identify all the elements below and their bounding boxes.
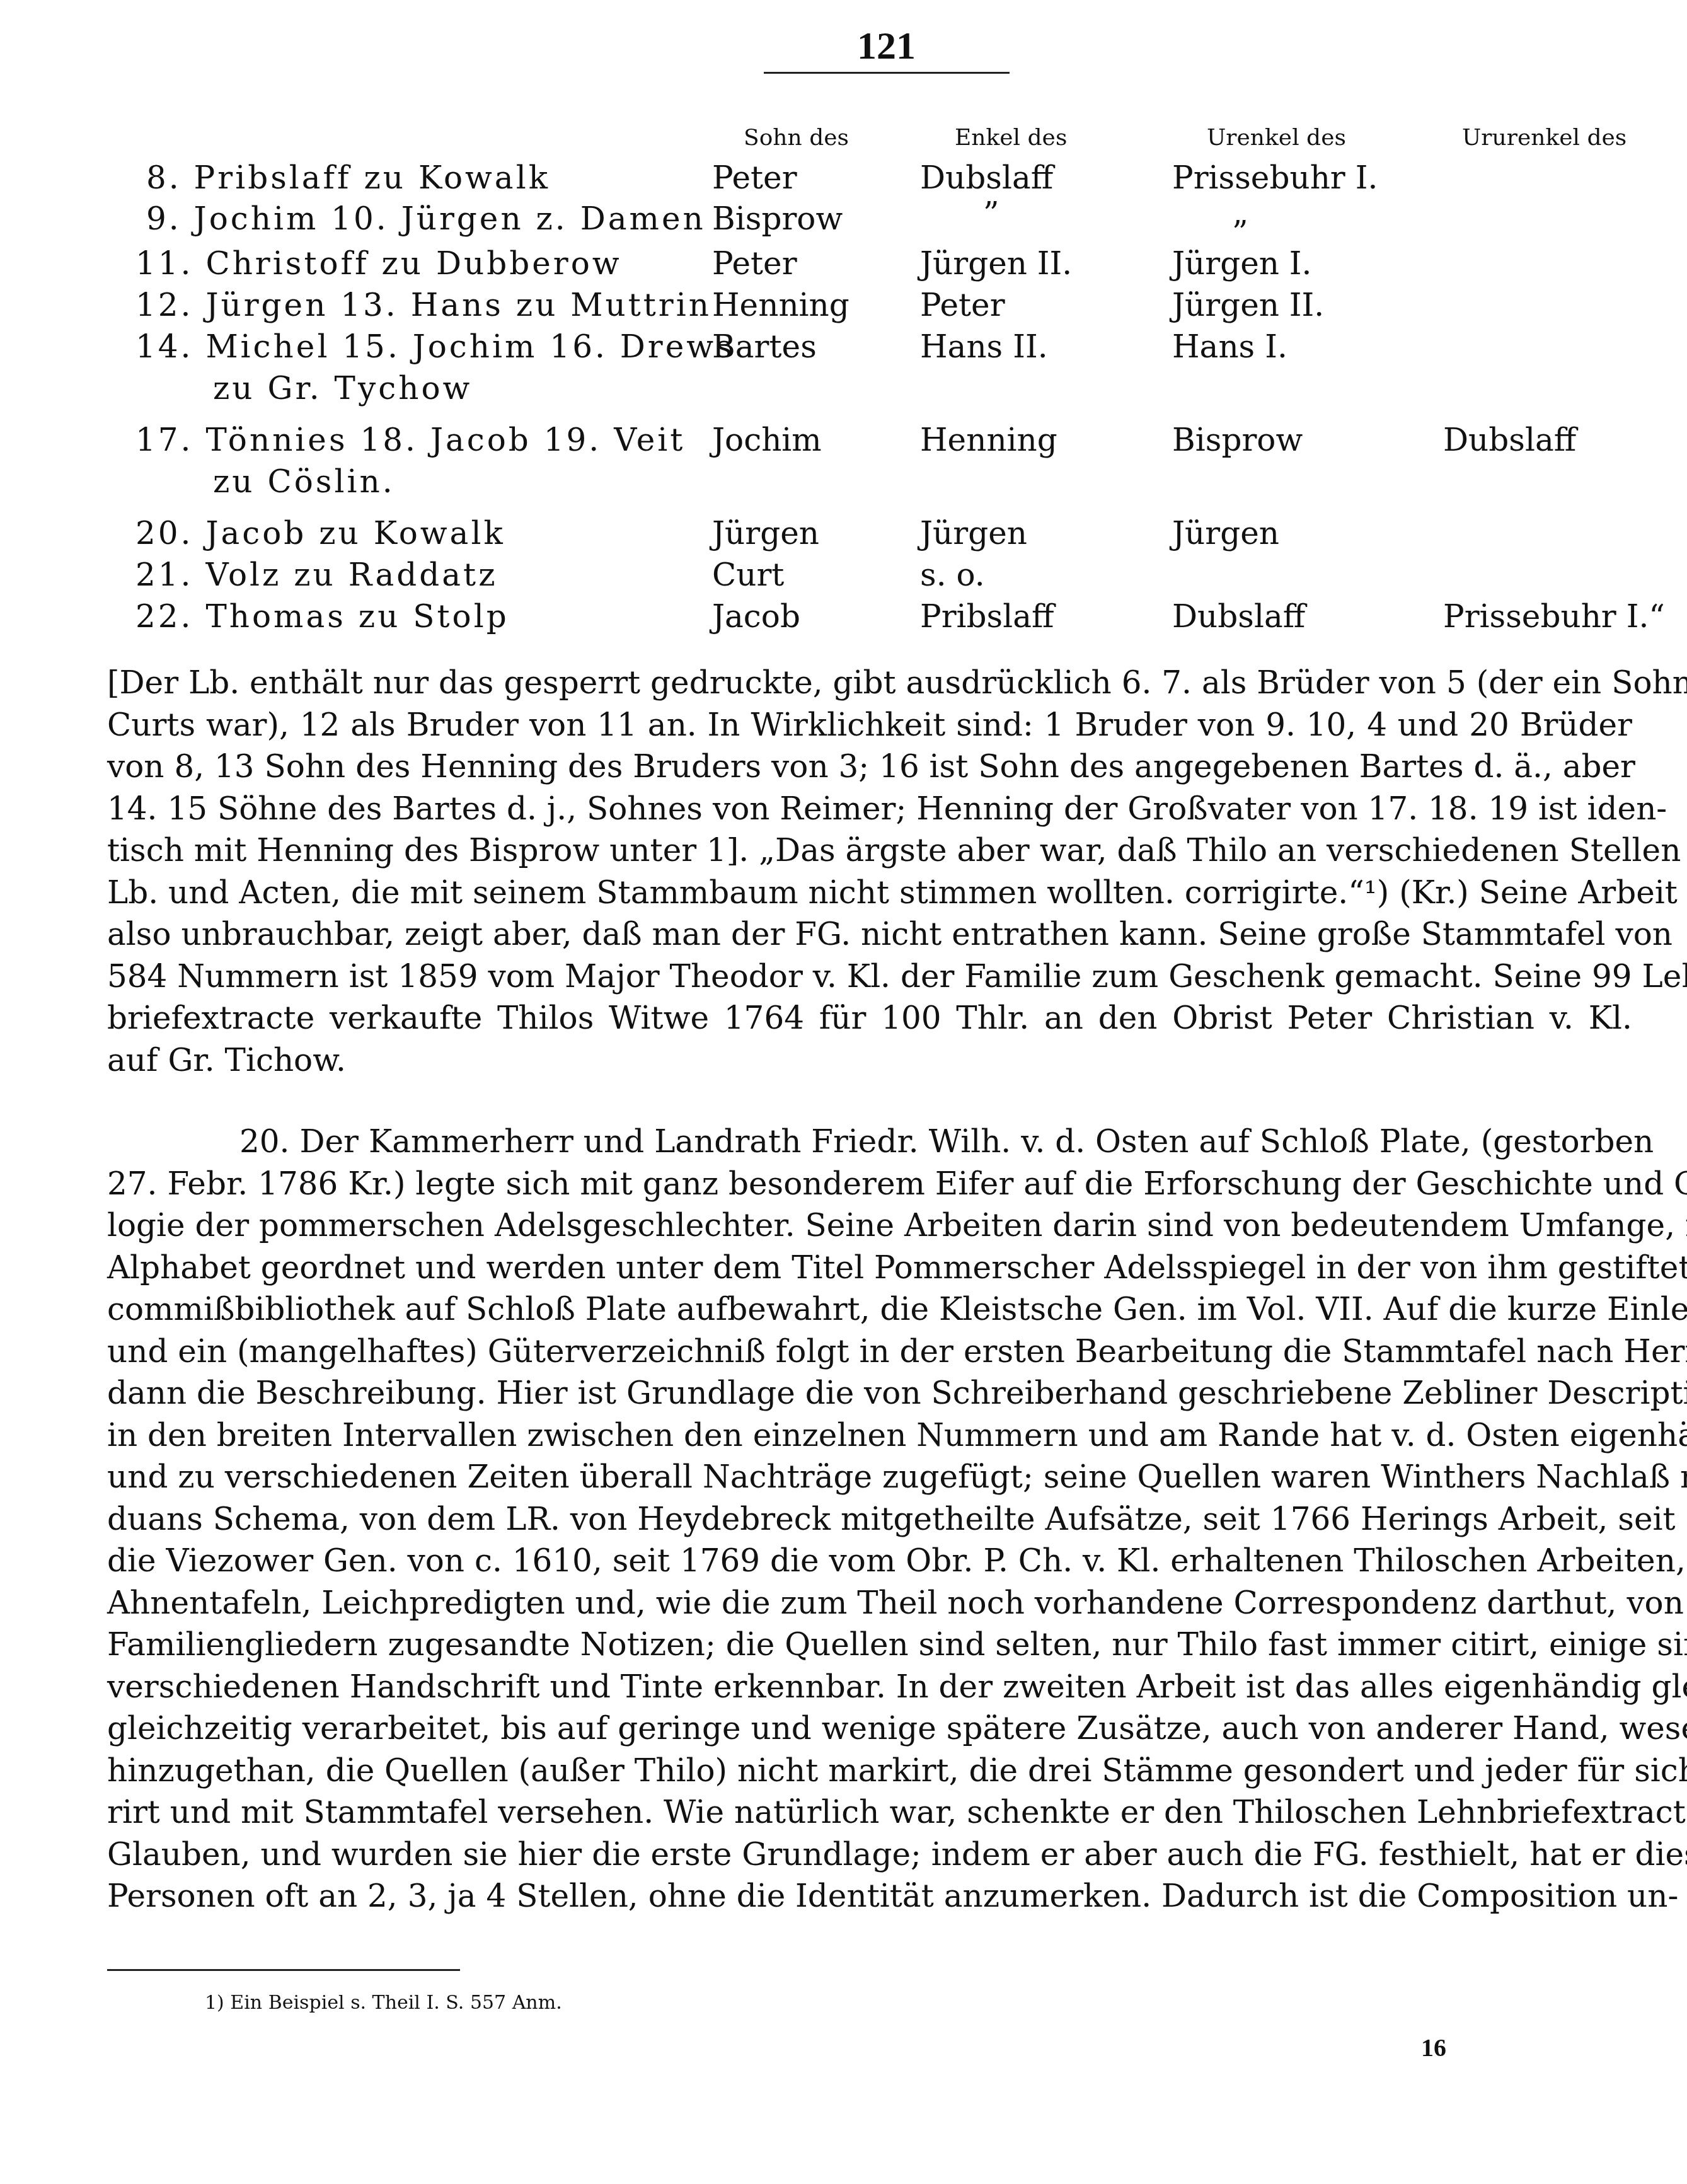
header-rule (764, 72, 1010, 74)
header-ururenkel: Ururenkel des (1462, 125, 1627, 151)
text-line: die Viezower Gen. von c. 1610, seit 1769… (107, 1540, 1632, 1582)
table-row-continuation: zu Cöslin. (0, 461, 1687, 502)
text-line: 14. 15 Söhne des Bartes d. j., Sohnes vo… (107, 788, 1632, 830)
text-line: commißbibliothek auf Schloß Plate aufbew… (107, 1288, 1632, 1331)
table-row: 9. Jochim 10. Jürgen z. Damen Bisprow ” … (0, 199, 1687, 239)
table-row: 12. Jürgen 13. Hans zu Muttrin Henning P… (0, 285, 1687, 325)
text-line: gleichzeitig verarbeitet, bis auf gering… (107, 1707, 1632, 1750)
table-row: 8. Pribslaff zu Kowalk Peter Dubslaff Pr… (0, 158, 1687, 198)
text-line: Ahnentafeln, Leichpredigten und, wie die… (107, 1582, 1632, 1624)
text-line: Personen oft an 2, 3, ja 4 Stellen, ohne… (107, 1875, 1632, 1917)
footnote-rule (107, 1969, 460, 1971)
section-20-paragraph: 20. Der Kammerherr und Landrath Friedr. … (107, 1121, 1632, 1917)
table-row: 20. Jacob zu Kowalk Jürgen Jürgen Jürgen (0, 513, 1687, 553)
bracket-paragraph: [Der Lb. enthält nur das gesperrt gedruc… (107, 662, 1632, 1081)
text-line: briefextracte verkaufte Thilos Witwe 176… (107, 997, 1632, 1039)
text-line: rirt und mit Stammtafel versehen. Wie na… (107, 1791, 1632, 1834)
header-sohn: Sohn des (744, 125, 849, 151)
text-line: tisch mit Henning des Bisprow unter 1]. … (107, 829, 1632, 872)
text-line: verschiedenen Handschrift und Tinte erke… (107, 1666, 1632, 1708)
text-line: also unbrauchbar, zeigt aber, daß man de… (107, 913, 1632, 956)
table-row: 14. Michel 15. Jochim 16. Drews Bartes H… (0, 326, 1687, 367)
table-header: Sohn des Enkel des Urenkel des Ururenkel… (0, 120, 1687, 158)
text-line: hinzugethan, die Quellen (außer Thilo) n… (107, 1750, 1632, 1792)
text-line: 20. Der Kammerherr und Landrath Friedr. … (107, 1121, 1632, 1163)
text-line: 27. Febr. 1786 Kr.) legte sich mit ganz … (107, 1163, 1632, 1205)
text-line: logie der pommerschen Adelsgeschlechter.… (107, 1205, 1632, 1247)
table-row: 17. Tönnies 18. Jacob 19. Veit Jochim He… (0, 420, 1687, 460)
text-line: Curts war), 12 als Bruder von 11 an. In … (107, 704, 1632, 746)
signature-mark: 16 (1421, 2033, 1446, 2062)
text-line: duans Schema, von dem LR. von Heydebreck… (107, 1498, 1632, 1540)
header-enkel: Enkel des (955, 125, 1067, 151)
text-line: auf Gr. Tichow. (107, 1039, 1632, 1082)
text-line: Glauben, und wurden sie hier die erste G… (107, 1834, 1632, 1876)
text-line: Lb. und Acten, die mit seinem Stammbaum … (107, 872, 1632, 914)
text-line: und zu verschiedenen Zeiten überall Nach… (107, 1456, 1632, 1498)
table-row: 11. Christoff zu Dubberow Peter Jürgen I… (0, 243, 1687, 284)
text-line: 584 Nummern ist 1859 vom Major Theodor v… (107, 956, 1632, 998)
text-line: Alphabet geordnet und werden unter dem T… (107, 1247, 1632, 1289)
text-line: von 8, 13 Sohn des Henning des Bruders v… (107, 746, 1632, 788)
footnote: 1) Ein Beispiel s. Theil I. S. 557 Anm. (205, 1992, 562, 2014)
header-urenkel: Urenkel des (1207, 125, 1346, 151)
text-line: in den breiten Intervallen zwischen den … (107, 1414, 1632, 1457)
text-line: Familiengliedern zugesandte Notizen; die… (107, 1624, 1632, 1666)
table-row: 21. Volz zu Raddatz Curt s. o. (0, 555, 1687, 595)
text-line: [Der Lb. enthält nur das gesperrt gedruc… (107, 662, 1632, 704)
page-number: 121 (857, 24, 916, 69)
table-row: 22. Thomas zu Stolp Jacob Pribslaff Dubs… (0, 596, 1687, 637)
table-row-continuation: zu Gr. Tychow (0, 368, 1687, 408)
text-line: dann die Beschreibung. Hier ist Grundlag… (107, 1372, 1632, 1414)
text-line: und ein (mangelhaftes) Güterverzeichniß … (107, 1331, 1632, 1373)
